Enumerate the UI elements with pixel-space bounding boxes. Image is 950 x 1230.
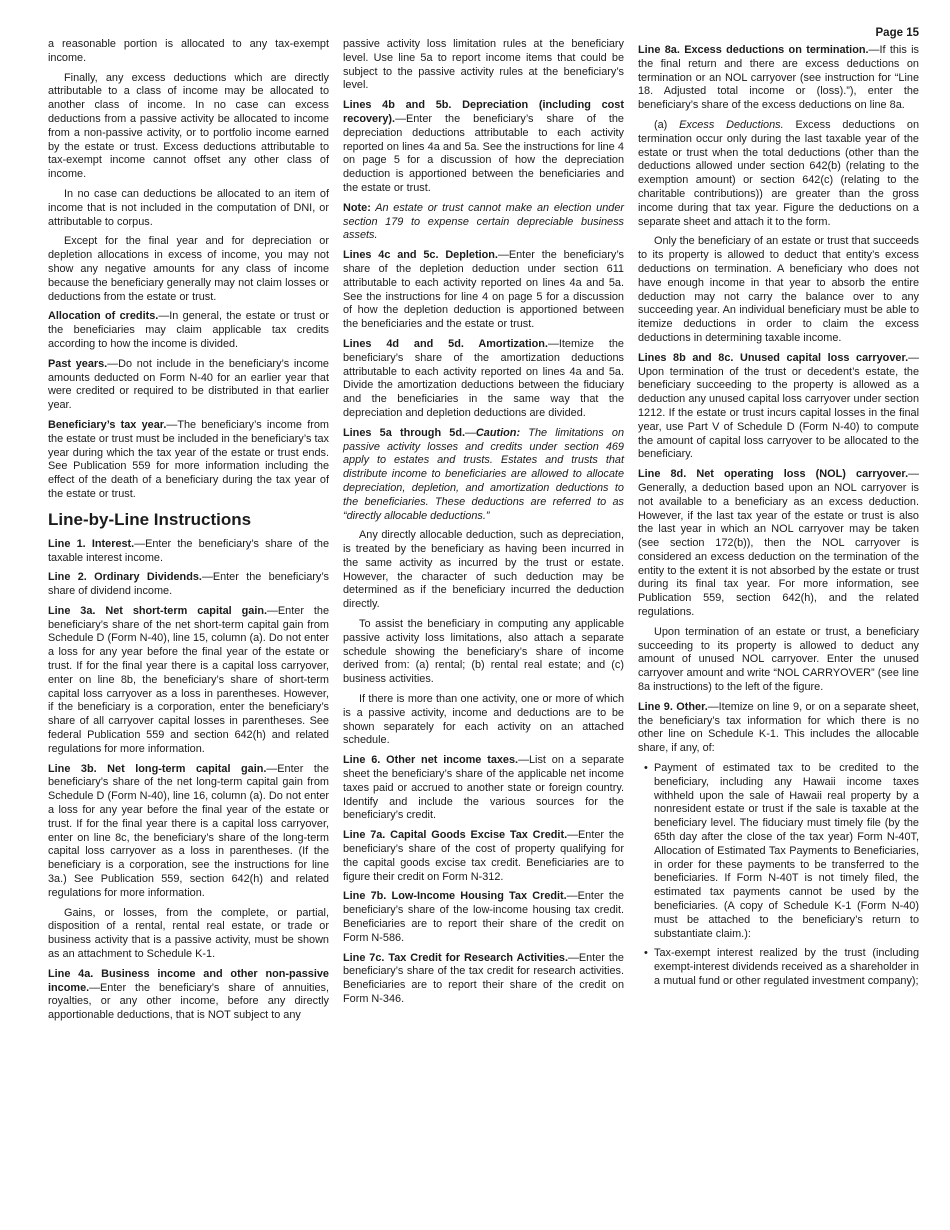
para-line-8a-excess-deductions: Line 8a. Excess deductions on terminatio… (638, 44, 919, 113)
para-lead: Line 3b. Net long-term capital gain. (48, 763, 266, 775)
para-line-6-other-net-income-taxes: Line 6. Other net income taxes.—List on … (343, 754, 624, 823)
para-lead: Line 7a. Capital Goods Excise Tax Credit… (343, 829, 567, 841)
bullet-icon: • (638, 947, 654, 988)
para-body: An estate or trust cannot make an electi… (343, 202, 624, 242)
para-body: —Generally, a deduction based upon an NO… (638, 468, 919, 618)
document-page: a reasonable portion is allocated to any… (0, 0, 950, 1230)
para-body: —Enter the beneficiary’s share of the de… (343, 113, 624, 194)
list-item-tax-exempt-interest: • Tax-exempt interest realized by the tr… (638, 947, 919, 988)
para-lead: Allocation of credits. (48, 310, 158, 322)
para-body: —Upon termination of the trust or decede… (638, 352, 919, 461)
para-more-than-one-activity: If there is more than one activity, one … (343, 693, 624, 748)
para-line-7c-research-activities-credit: Line 7c. Tax Credit for Research Activit… (343, 952, 624, 1007)
para-body: Excess deductions on termination occur o… (638, 119, 919, 228)
para-lead: Lines 8b and 8c. Unused capital loss car… (638, 352, 908, 364)
para-lines-4b-5b-depreciation: Lines 4b and 5b. Depreciation (including… (343, 99, 624, 196)
para-line-3b-long-term-gain: Line 3b. Net long-term capital gain.—Ent… (48, 763, 329, 901)
para-beneficiary-tax-year: Beneficiary’s tax year.—The beneficiary’… (48, 419, 329, 502)
para-lead: Line 8a. Excess deductions on terminatio… (638, 44, 869, 56)
para-lead: Line 2. Ordinary Dividends. (48, 571, 202, 583)
para-line-7b-low-income-housing-credit: Line 7b. Low-Income Housing Tax Credit.—… (343, 890, 624, 945)
para-line-1-interest: Line 1. Interest.—Enter the beneficiary’… (48, 538, 329, 566)
para-to-assist-beneficiary: To assist the beneficiary in computing a… (343, 618, 624, 687)
para-lines-5a-through-5d-caution: Lines 5a through 5d.—Caution: The limita… (343, 427, 624, 524)
para-lines-4d-5d-amortization: Lines 4d and 5d. Amortization.—Itemize t… (343, 338, 624, 421)
para-body: —Enter the beneficiary’s share of annuit… (48, 982, 329, 1022)
para-body: —Enter the beneficiary’s share of the ne… (48, 605, 329, 755)
para-lead: Line 7c. Tax Credit for Research Activit… (343, 952, 568, 964)
para-note-section-179: Note: An estate or trust cannot make an … (343, 202, 624, 243)
section-heading-line-by-line: Line-by-Line Instructions (48, 510, 329, 530)
para-caution-lead: Caution: (476, 427, 520, 439)
para-lead: Line 1. Interest. (48, 538, 134, 550)
para-in-no-case: In no case can deductions be allocated t… (48, 188, 329, 229)
list-item-text: Tax-exempt interest realized by the trus… (654, 947, 919, 988)
para-body: —Enter the beneficiary’s share of the de… (343, 249, 624, 330)
list-item-estimated-tax: • Payment of estimated tax to be credite… (638, 762, 919, 941)
para-dash: — (465, 427, 476, 439)
para-body: —Enter the beneficiary’s share of the ne… (48, 763, 329, 899)
para-lead: Note: (343, 202, 371, 214)
para-line-2-ordinary-dividends: Line 2. Ordinary Dividends.—Enter the be… (48, 571, 329, 599)
para-a-excess-deductions-definition: (a) Excess Deductions. Excess deductions… (638, 119, 919, 229)
list-item-text: Payment of estimated tax to be credited … (654, 762, 919, 941)
para-body: —Itemize the beneficiary’s share of the … (343, 338, 624, 419)
para-lead: Lines 4d and 5d. Amortization. (343, 338, 548, 350)
para-lines-8b-8c-unused-capital-loss: Lines 8b and 8c. Unused capital loss car… (638, 352, 919, 462)
para-line-7a-capital-goods-credit: Line 7a. Capital Goods Excise Tax Credit… (343, 829, 624, 884)
para-only-beneficiary: Only the beneficiary of an estate or tru… (638, 235, 919, 345)
para-body: The limitations on passive activity loss… (343, 427, 624, 522)
para-lead: Beneficiary’s tax year. (48, 419, 166, 431)
para-line-8d-nol-carryover: Line 8d. Net operating loss (NOL) carryo… (638, 468, 919, 620)
para-past-years: Past years.—Do not include in the benefi… (48, 358, 329, 413)
para-finally-excess-deductions: Finally, any excess deductions which are… (48, 72, 329, 182)
column-1: a reasonable portion is allocated to any… (48, 26, 329, 1210)
column-3: Page 15 Line 8a. Excess deductions on te… (638, 26, 919, 1210)
para-gains-or-losses: Gains, or losses, from the complete, or … (48, 907, 329, 962)
column-2: passive activity loss limitation rules a… (343, 26, 624, 1210)
para-lead: Past years. (48, 358, 107, 370)
para-lead: Line 7b. Low-Income Housing Tax Credit. (343, 890, 567, 902)
para-lead: Line 3a. Net short-term capital gain. (48, 605, 267, 617)
page-number: Page 15 (638, 26, 919, 40)
para-upon-termination: Upon termination of an estate or trust, … (638, 626, 919, 695)
para-body: —The beneficiary’s income from the estat… (48, 419, 329, 500)
para-allocation-of-credits: Allocation of credits.—In general, the e… (48, 310, 329, 351)
para-except-final-year: Except for the final year and for deprec… (48, 235, 329, 304)
para-continuation-tax-exempt: a reasonable portion is allocated to any… (48, 38, 329, 66)
para-line-4a-business-income: Line 4a. Business income and other non-p… (48, 968, 329, 1023)
para-continuation-passive-activity: passive activity loss limitation rules a… (343, 38, 624, 93)
para-line-3a-short-term-gain: Line 3a. Net short-term capital gain.—En… (48, 605, 329, 757)
para-line-9-other: Line 9. Other.—Itemize on line 9, or on … (638, 701, 919, 756)
para-lead: Lines 4c and 5c. Depletion. (343, 249, 498, 261)
para-lines-4c-5c-depletion: Lines 4c and 5c. Depletion.—Enter the be… (343, 249, 624, 332)
para-intro: (a) (654, 119, 679, 131)
para-any-directly-allocable: Any directly allocable deduction, such a… (343, 529, 624, 612)
para-lead: Lines 5a through 5d. (343, 427, 465, 439)
para-lead: Line 9. Other. (638, 701, 708, 713)
bullet-icon: • (638, 762, 654, 941)
para-lead: Line 6. Other net income taxes. (343, 754, 518, 766)
para-italic-lead: Excess Deductions. (679, 119, 783, 131)
para-lead: Line 8d. Net operating loss (NOL) carryo… (638, 468, 908, 480)
